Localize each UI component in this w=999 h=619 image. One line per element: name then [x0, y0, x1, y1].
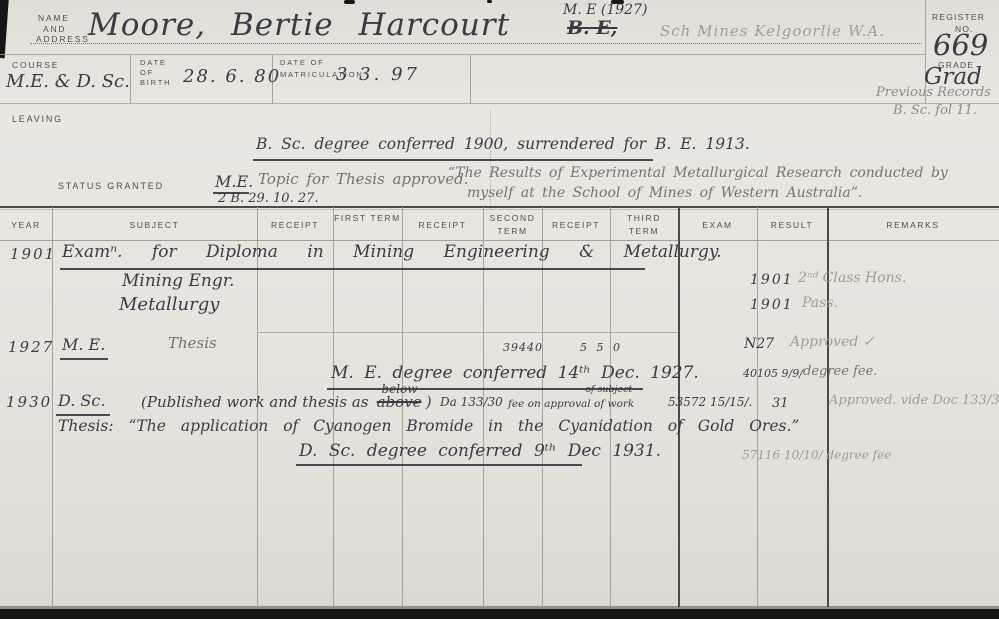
entry-1901-title-underline — [60, 268, 645, 270]
col-header-result: RESULT — [757, 219, 827, 232]
matric-value: 3 3. 97 — [336, 66, 420, 84]
entry-1927-fee-second-term: 39440 — [503, 342, 543, 353]
entry-1930-fee-number: 57116 10/10/ degree fee — [742, 449, 891, 461]
entry-1930-fee-note-main: fee on approval of work — [508, 398, 634, 410]
course-box-divider-3 — [470, 55, 471, 103]
entry-1930-pub-suffix: ) — [426, 393, 432, 411]
entry-1930-degree: D. Sc. — [58, 393, 105, 409]
entry-1927-year: 1927 — [8, 340, 54, 355]
entry-1930-pub-insert: below — [381, 382, 417, 396]
col-header-exam: EXAM — [678, 219, 757, 232]
col-header-year: YEAR — [0, 219, 52, 232]
entry-1901-result1-remark: 2ⁿᵈ Class Hons. — [798, 271, 906, 285]
col-header-third-term: THIRD TERM — [610, 212, 678, 238]
matric-label-line1: DATE OF — [280, 58, 325, 67]
col-header-first-term: FIRST TERM — [333, 212, 402, 225]
entry-1930-doc-ref: Da 133/30 — [440, 396, 503, 408]
scan-edge-top-left — [0, 0, 9, 58]
rule-under-name-row — [0, 54, 925, 55]
entry-1930-remark: Approved. vide Doc 133/30. — [829, 394, 999, 407]
school-note-pencil: Sch Mines Kelgoorlie W.A. — [660, 24, 885, 39]
entry-1930-exam-receipt: 53572 15/15/. — [668, 396, 752, 408]
name-dotted-rule — [30, 43, 922, 44]
entry-1927-fee-number: 40105 9/9/ — [743, 368, 803, 379]
entry-1901-result2-remark: Pass. — [802, 296, 838, 310]
conferral-note: B. Sc. degree conferred 1900, surrendere… — [256, 137, 750, 153]
row-rule-above-1927 — [257, 332, 678, 333]
course-box-divider-1 — [130, 55, 131, 103]
name-label-line3: ADDRESS — [36, 34, 90, 44]
entry-1901-result2-year: 1901 — [750, 298, 794, 312]
entry-1901-subject-1: Mining Engr. — [122, 273, 234, 290]
status-note: Topic for Thesis approved. — [258, 172, 469, 187]
register-label: REGISTER — [932, 12, 985, 22]
entry-1930-fee-note-insert: of subject — [585, 384, 632, 395]
dob-label-line3: BIRTH — [140, 78, 171, 87]
student-name: Moore, Bertie Harcourt — [88, 10, 510, 41]
entry-1930-fee-approval-note: fee on approval of work of subject — [508, 394, 634, 412]
status-label: STATUS GRANTED — [58, 181, 164, 191]
table-header-bottom-rule — [0, 240, 999, 241]
entry-1901-subject-2: Metallurgy — [119, 296, 219, 314]
status-degree: M.E. — [215, 174, 253, 190]
rule-under-course-row — [0, 103, 999, 104]
scan-tick-2 — [487, 0, 492, 3]
entry-1901-title: Examⁿ. for Diploma in Mining Engineering… — [62, 244, 722, 261]
col-header-receipt-1: RECEIPT — [257, 219, 333, 232]
entry-1930-result: 31 — [772, 397, 789, 410]
dob-value: 28. 6. 80 — [183, 68, 281, 86]
dob-label-line2: OF — [140, 68, 154, 77]
degree-update-note: M. E (1927) — [563, 3, 647, 17]
scan-tick-1 — [344, 0, 355, 4]
entry-1930-degree-underline — [56, 414, 110, 416]
status-quote-line2: myself at the School of Mines of Western… — [467, 186, 862, 200]
col-header-receipt-3: RECEIPT — [542, 219, 610, 232]
scan-edge-bottom-shadow — [0, 606, 999, 609]
register-number: 669 — [933, 31, 988, 60]
entry-1927-subject: Thesis — [168, 336, 217, 351]
entry-1927-fee-note: degree fee. — [803, 365, 877, 378]
entry-1930-conferred-note: D. Sc. degree conferred 9ᵗʰ Dec 1931. — [299, 443, 661, 460]
dob-label-line1: DATE — [140, 58, 167, 67]
col-header-second-term: SECOND TERM — [483, 212, 542, 238]
entry-1901-result1-year: 1901 — [750, 273, 794, 287]
student-record-card: NAME AND ADDRESS Moore, Bertie Harcourt … — [0, 0, 999, 619]
leaving-label: LEAVING — [12, 114, 63, 124]
col-header-receipt-2: RECEIPT — [402, 219, 483, 232]
status-quote-line1: “The Results of Experimental Metallurgic… — [448, 166, 948, 180]
table-vline-exam — [757, 207, 758, 607]
table-top-rule-inner — [0, 209, 999, 210]
entry-1927-degree-underline — [60, 358, 108, 360]
col-header-subject: SUBJECT — [52, 219, 257, 232]
previous-records-line2: B. Sc. fol 11. — [893, 104, 977, 117]
scan-edge-bottom — [0, 609, 999, 619]
conferral-underline — [253, 159, 653, 161]
crossed-degree: B. E, — [567, 19, 617, 38]
status-date-note: 2 B. 29. 10. 27. — [218, 192, 319, 205]
entry-1930-conferred-underline — [296, 464, 582, 466]
entry-1927-fee-third-term: 5 5 0 — [580, 342, 623, 353]
entry-1930-pub-prefix: (Published work and thesis as — [141, 393, 368, 411]
name-label-line2: AND — [43, 24, 66, 34]
entry-1930-publication-note: (Published work and thesis as above belo… — [141, 394, 432, 411]
entry-1901-year: 1901 — [10, 247, 56, 262]
table-top-rule — [0, 206, 999, 208]
course-value: M.E. & D. Sc. — [6, 73, 130, 91]
course-label: COURSE — [12, 60, 59, 70]
name-label-line1: NAME — [38, 13, 70, 23]
entry-1927-degree: M. E. — [62, 337, 105, 353]
entry-1927-remark: Approved ✓ — [790, 335, 875, 349]
entry-1930-year: 1930 — [6, 395, 52, 410]
previous-records-line1: Previous Records — [876, 86, 991, 99]
entry-1927-result: N27 — [744, 337, 774, 351]
col-header-remarks: REMARKS — [827, 219, 999, 232]
entry-1930-thesis-title: Thesis: “The application of Cyanogen Bro… — [58, 419, 799, 435]
entry-1927-conferred-note: M. E. degree conferred 14ᵗʰ Dec. 1927. — [331, 365, 699, 382]
